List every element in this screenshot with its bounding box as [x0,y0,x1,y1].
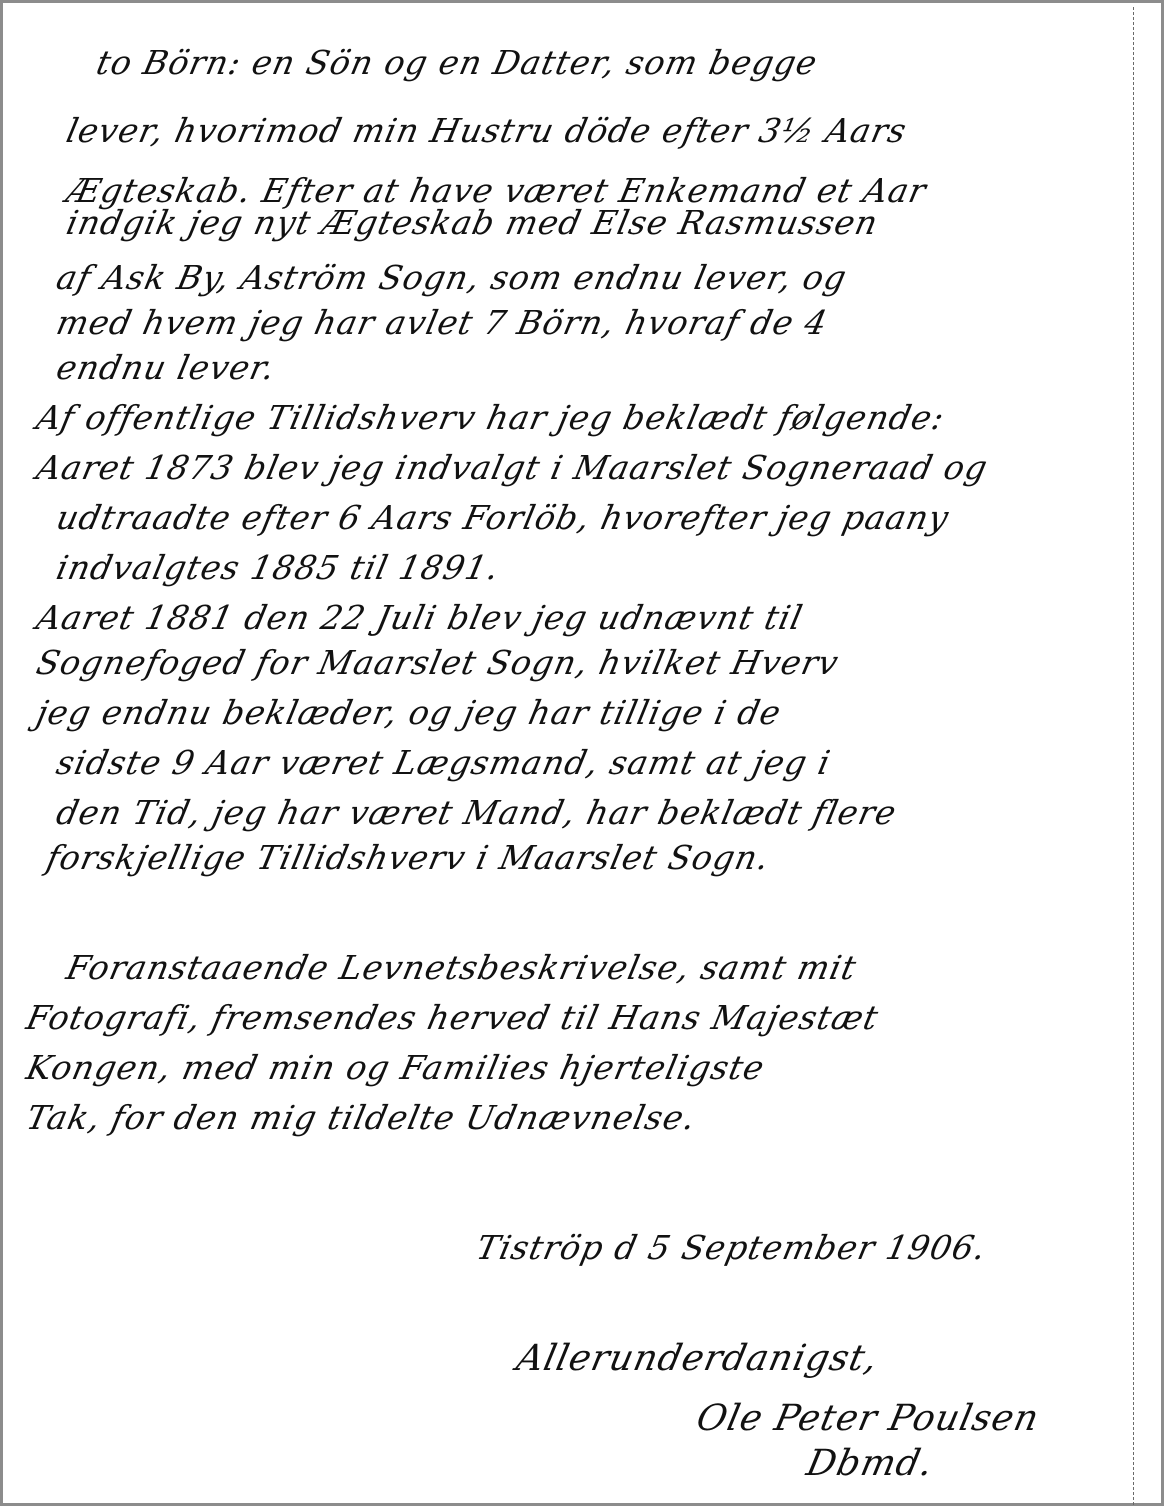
body-line: Foranstaaende Levnetsbeskrivelse, samt m… [63,948,860,987]
body-line: lever, hvorimod min Hustru döde efter 3½… [63,111,911,150]
closing-salutation: Allerunderdanigst, [513,1338,882,1379]
body-line: udtraadte efter 6 Aars Forlöb, hvorefter… [53,498,953,537]
body-line: Sognefoged for Maarslet Sogn, hvilket Hv… [33,643,843,682]
body-line: indvalgtes 1885 til 1891. [53,548,503,587]
body-line: Aaret 1873 blev jeg indvalgt i Maarslet … [33,448,992,487]
scanned-page: to Börn: en Sön og en Datter, som begge … [0,0,1164,1506]
body-line: Kongen, med min og Families hjerteligste [23,1048,768,1087]
body-line: to Börn: en Sön og en Datter, som begge [93,43,821,82]
body-line: indgik jeg nyt Ægteskab med Else Rasmuss… [63,203,882,242]
body-line: Tak, for den mig tildelte Udnævnelse. [23,1098,700,1137]
body-line: Aaret 1881 den 22 Juli blev jeg udnævnt … [33,598,807,637]
body-line: den Tid, jeg har været Mand, har beklædt… [53,793,900,832]
place-date: Tiströp d 5 September 1906. [473,1228,990,1267]
signature-title: Dbmd. [803,1443,937,1484]
body-line: af Ask By, Aström Sogn, som endnu lever,… [53,258,851,297]
body-line: med hvem jeg har avlet 7 Börn, hvoraf de… [53,303,831,342]
body-line: Af offentlige Tillidshverv har jeg beklæ… [33,398,948,437]
body-line: forskjellige Tillidshverv i Maarslet Sog… [43,838,773,877]
body-line: sidste 9 Aar været Lægsmand, samt at jeg… [53,743,834,782]
body-line: endnu lever. [53,348,279,387]
signature-name: Ole Peter Poulsen [693,1398,1043,1439]
page-edge-dashed-line [1133,7,1134,1505]
body-line: jeg endnu beklæder, og jeg har tillige i… [33,693,785,732]
body-line: Fotografi, fremsendes herved til Hans Ma… [23,998,882,1037]
